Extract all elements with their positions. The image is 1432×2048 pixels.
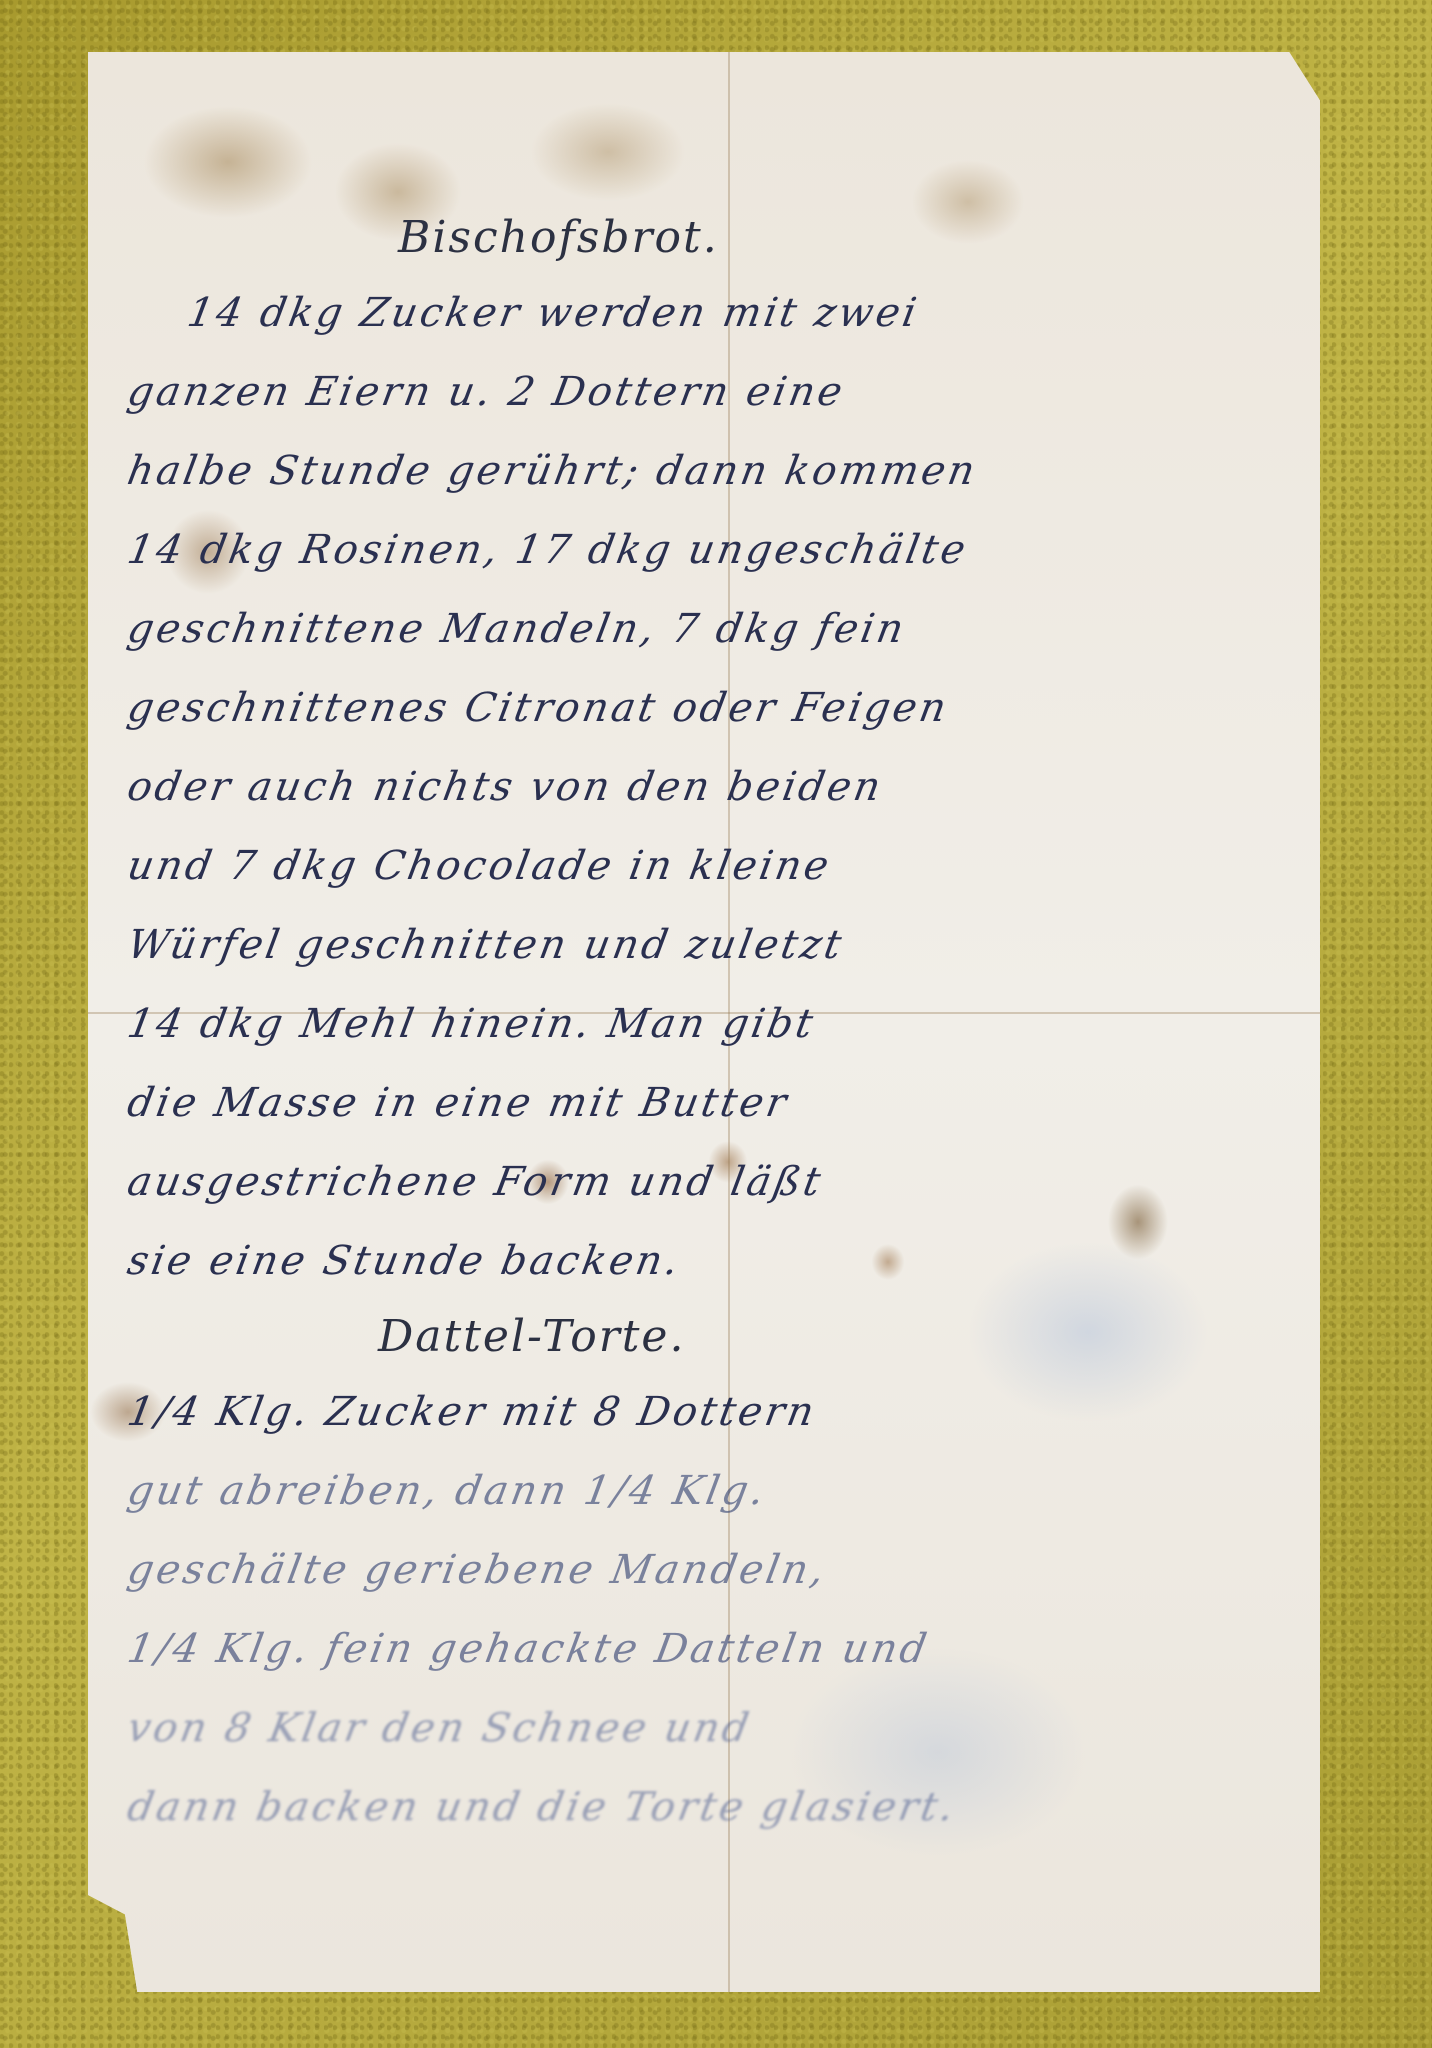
recipe-line: 1/4 Klg. Zucker mit 8 Dottern bbox=[121, 1373, 1305, 1452]
recipe-line: dann backen und die Torte glasiert. bbox=[121, 1768, 1305, 1847]
recipe-line: und 7 dkg Chocolade in kleine bbox=[121, 827, 1305, 906]
recipe-line: Würfel geschnitten und zuletzt bbox=[121, 906, 1305, 985]
recipe-line: oder auch nichts von den beiden bbox=[121, 748, 1305, 827]
recipe-line: sie eine Stunde backen. bbox=[121, 1222, 1305, 1301]
recipe-line: geschälte geriebene Mandeln, bbox=[121, 1531, 1305, 1610]
recipe-line: ausgestrichene Form und läßt bbox=[121, 1143, 1305, 1222]
recipe-line: die Masse in eine mit Butter bbox=[121, 1064, 1305, 1143]
recipe-line: 14 dkg Mehl hinein. Man gibt bbox=[121, 985, 1305, 1064]
recipe-title-dattel-torte: Dattel-Torte. bbox=[128, 1301, 1298, 1373]
recipe-line: ganzen Eiern u. 2 Dottern eine bbox=[121, 353, 1305, 432]
recipe-line: 1/4 Klg. fein gehackte Datteln und bbox=[121, 1610, 1305, 1689]
aged-paper-sheet: Bischofsbrot. 14 dkg Zucker werden mit z… bbox=[88, 52, 1320, 1992]
recipe-title-bischofsbrot: Bischofsbrot. bbox=[128, 202, 1298, 274]
handwritten-text: Bischofsbrot. 14 dkg Zucker werden mit z… bbox=[128, 202, 1298, 1847]
recipe-line: von 8 Klar den Schnee und bbox=[121, 1689, 1305, 1768]
recipe-line: halbe Stunde gerührt; dann kommen bbox=[121, 432, 1305, 511]
recipe-line: 14 dkg Rosinen, 17 dkg ungeschälte bbox=[121, 511, 1305, 590]
recipe-line: geschnittene Mandeln, 7 dkg fein bbox=[121, 590, 1305, 669]
recipe-line: gut abreiben, dann 1/4 Klg. bbox=[121, 1452, 1305, 1531]
recipe-line: 14 dkg Zucker werden mit zwei bbox=[121, 274, 1305, 353]
recipe-line: geschnittenes Citronat oder Feigen bbox=[121, 669, 1305, 748]
